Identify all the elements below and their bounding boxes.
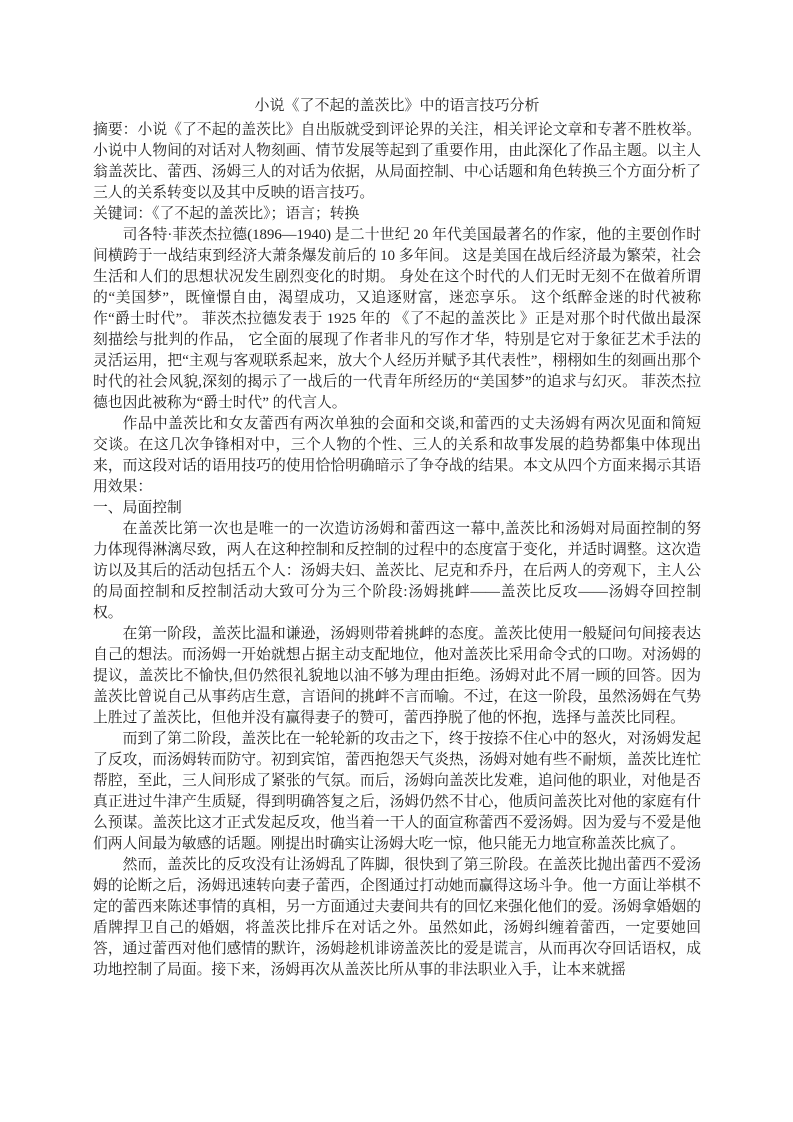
section-1-paragraph-stages-intro: 在盖茨比第一次也是唯一的一次造访汤姆和蕾西这一幕中,盖茨比和汤姆对局面控制的努力… (93, 519, 701, 624)
intro-paragraph-overview: 作品中盖茨比和女友蕾西有两次单独的会面和交谈,和蕾西的丈夫汤姆有两次见面和简短交… (93, 414, 701, 498)
document-content: 小说《了不起的盖茨比》中的语言技巧分析 摘要：小说《了不起的盖茨比》自出版就受到… (93, 93, 701, 981)
section-1-heading: 一、局面控制 (93, 498, 701, 519)
document-page: 小说《了不起的盖茨比》中的语言技巧分析 摘要：小说《了不起的盖茨比》自出版就受到… (0, 0, 793, 1122)
keywords-paragraph: 关键词：《了不起的盖茨比》；语言；转换 (93, 204, 701, 225)
abstract-paragraph: 摘要：小说《了不起的盖茨比》自出版就受到评论界的关注，相关评论文章和专著不胜枚举… (93, 120, 701, 204)
intro-paragraph-fitzgerald: 司各特·菲茨杰拉德(1896—1940) 是二十世纪 20 年代美国最著名的作家… (93, 225, 701, 414)
section-1-paragraph-stage1: 在第一阶段，盖茨比温和谦逊，汤姆则带着挑衅的态度。盖茨比使用一般疑问句间接表达自… (93, 624, 701, 729)
section-1-paragraph-stage2: 而到了第二阶段，盖茨比在一轮轮新的攻击之下，终于按捺不住心中的怒火，对汤姆发起了… (93, 729, 701, 855)
doc-title: 小说《了不起的盖茨比》中的语言技巧分析 (93, 93, 701, 120)
section-1-paragraph-stage3: 然而，盖茨比的反攻没有让汤姆乱了阵脚，很快到了第三阶段。在盖茨比抛出蕾西不爱汤姆… (93, 855, 701, 981)
